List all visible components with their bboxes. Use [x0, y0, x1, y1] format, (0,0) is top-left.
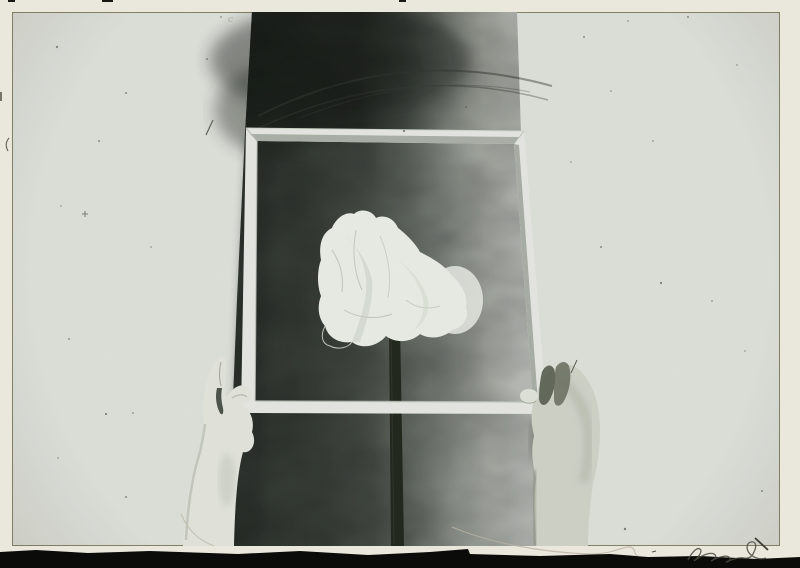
photo-scene: c: [0, 0, 800, 568]
corner-letter-mark: c: [228, 15, 233, 25]
screenshot-root: c: [0, 0, 800, 568]
photo-slide: c: [0, 0, 800, 568]
